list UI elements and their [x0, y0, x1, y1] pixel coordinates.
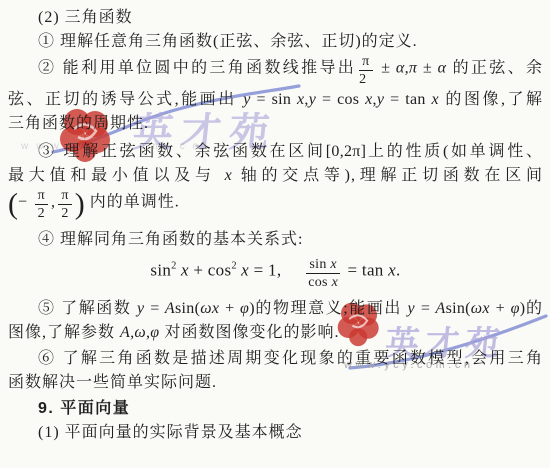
text-line: 三角函数的周期性. [8, 112, 543, 136]
text-line: ⑤ 了解函数 y = Asin(ωx + φ)的物理意义;能画出 y = Asi… [8, 297, 543, 321]
fraction: π2 [35, 188, 48, 222]
text-line: ⑥ 了解三角函数是描述周期变化现象的重要函数模型,会用三角 [8, 347, 543, 371]
text-line: (2) 三角函数 [8, 6, 543, 30]
document-body: (2) 三角函数① 理解任意角三角函数(正弦、余弦、正切)的定义.② 能利用单位… [8, 6, 543, 445]
text-line: ① 理解任意角三角函数(正弦、余弦、正切)的定义. [8, 30, 543, 54]
text-line: 弦、正切的诱导公式,能画出 y = sin x,y = cos x,y = ta… [8, 88, 543, 112]
text-line: (− π2,π2) 内的单调性. [8, 188, 543, 222]
fraction: sin xcos x [306, 257, 340, 291]
fraction: π2 [58, 188, 71, 222]
text-line: 9. 平面向量 [8, 397, 543, 421]
text-line: 最大值和最小值以及与 x 轴的交点等),理解正切函数在区间 [8, 164, 543, 188]
text-line: ② 能利用单位圆中的三角函数线推导出π2 ± α,π ± α 的正弦、余 [8, 54, 543, 88]
text-line: (1) 平面向量的实际背景及基本概念 [8, 421, 543, 445]
fraction: π2 [359, 54, 372, 88]
text-line: ④ 理解同角三角函数的基本关系式: [8, 228, 543, 252]
text-line: 图像,了解参数 A,ω,φ 对函数图像变化的影响. [8, 321, 543, 345]
scanned-document-page: 英才苑 www.ycy.com.cn 英才苑 www.ycy.com.cn (2… [0, 0, 550, 468]
text-line: sin2 x + cos2 x = 1,sin xcos x = tan x. [8, 257, 543, 291]
text-line: 函数解决一些简单实际问题. [8, 371, 543, 395]
text-line: ③ 理解正弦函数、余弦函数在区间[0,2π]上的性质(如单调性、 [8, 140, 543, 164]
